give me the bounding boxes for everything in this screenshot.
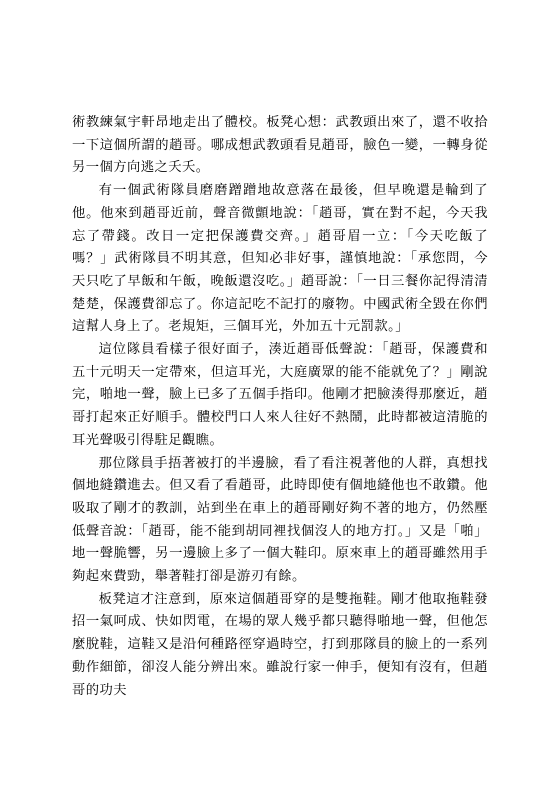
paragraph-4: 那位隊員手捂著被打的半邊臉，看了看注視著他的人群，真想找個地縫鑽進去。但又看了看…: [72, 453, 488, 589]
paragraph-5: 板凳這才注意到，原來這個趙哥穿的是雙拖鞋。剛才他取拖鞋發招一氣呵成、快如閃電，在…: [72, 589, 488, 703]
document-page: 術教練氣宇軒昂地走出了體校。板凳心想：武教頭出來了，還不收拾一下這個所謂的趙哥。…: [72, 112, 488, 702]
paragraph-1: 術教練氣宇軒昂地走出了體校。板凳心想：武教頭出來了，還不收拾一下這個所謂的趙哥。…: [72, 112, 488, 180]
paragraph-2: 有一個武術隊員磨磨蹭蹭地故意落在最後，但早晚還是輪到了他。他來到趙哥近前，聲音微…: [72, 180, 488, 339]
paragraph-3: 這位隊員看樣子很好面子，湊近趙哥低聲說：「趙哥，保護費和五十元明天一定帶來，但這…: [72, 339, 488, 453]
